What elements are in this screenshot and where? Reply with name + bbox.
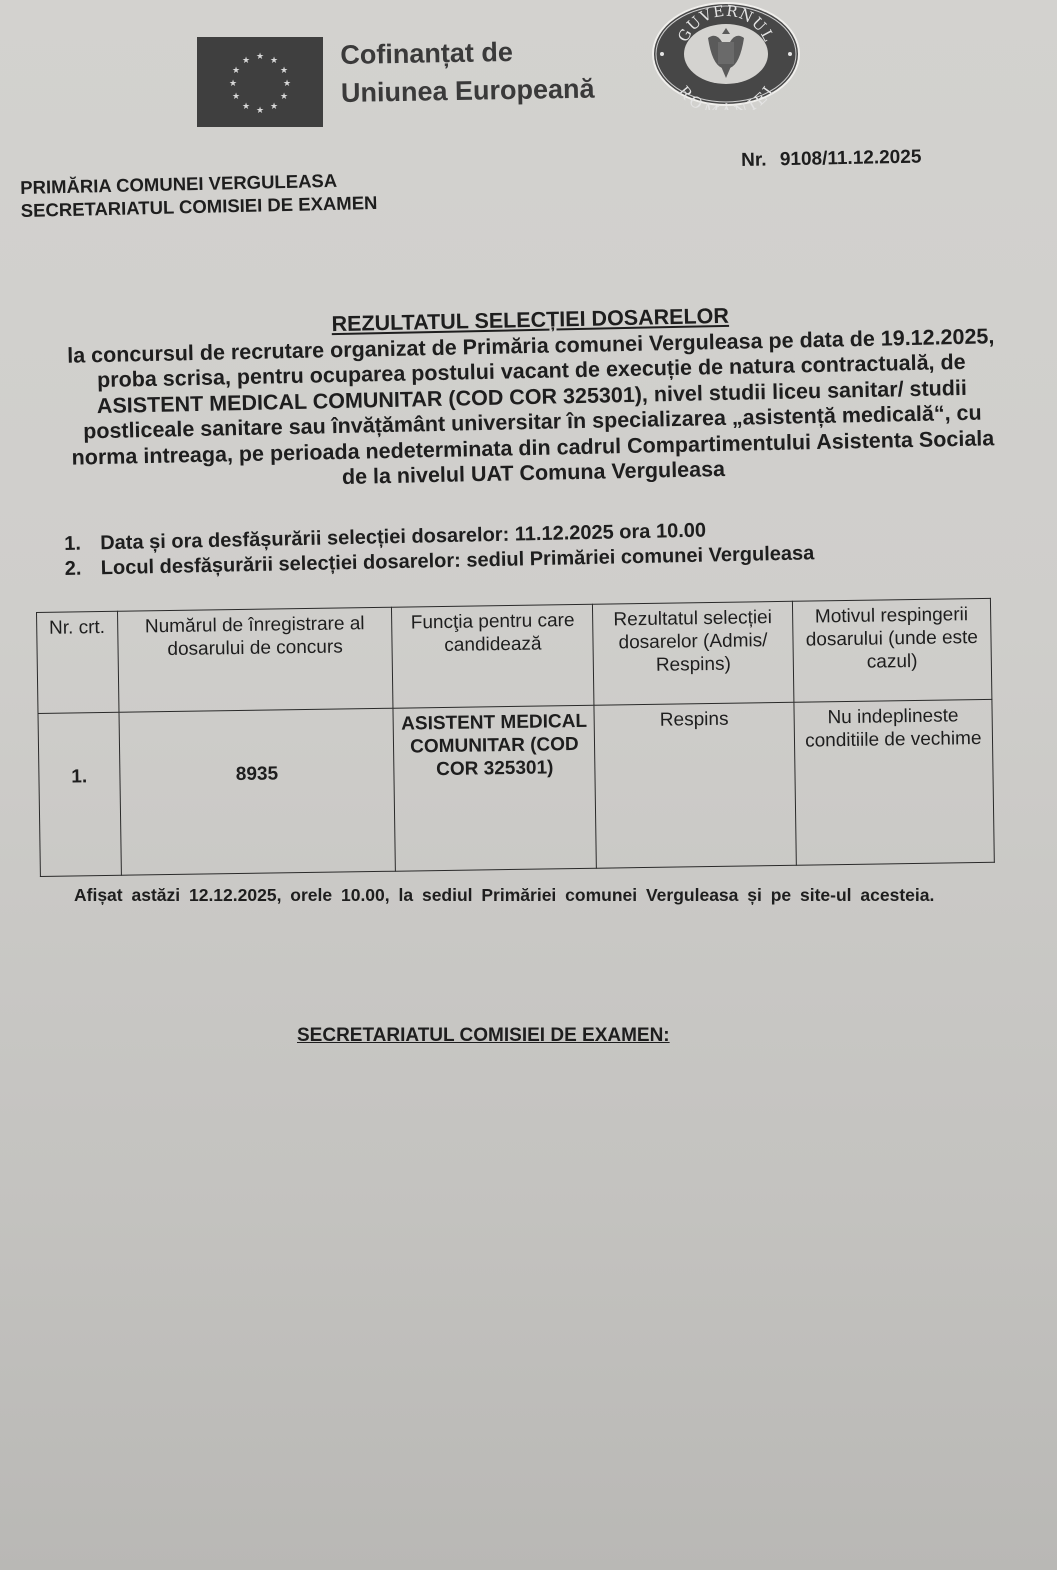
svg-text:★: ★ — [283, 79, 291, 89]
svg-text:★: ★ — [232, 66, 240, 76]
announcement-body: la concursul de recrutare organizat de P… — [61, 324, 1004, 497]
svg-text:★: ★ — [232, 92, 240, 102]
header-registration-number: Numărul de înregistrare al dosarului de … — [117, 607, 393, 712]
selection-details-list: 1.Data și ora desfășurării selecției dos… — [64, 513, 965, 582]
svg-text:★: ★ — [280, 66, 288, 76]
document-page: ★★★ ★★★ ★★★ ★★★ Cofinanțat de Uniunea Eu… — [0, 0, 1057, 1570]
document-number: Nr. 9108/11.12.2025 — [741, 147, 922, 172]
svg-text:★: ★ — [256, 52, 264, 62]
svg-text:★: ★ — [242, 56, 250, 66]
svg-text:★: ★ — [280, 92, 288, 102]
eu-stars-icon: ★★★ ★★★ ★★★ ★★★ — [197, 37, 323, 127]
cell-registration-number: 8935 — [119, 708, 396, 875]
cell-nr: 1. — [38, 712, 121, 876]
announcement-title-block: REZULTATUL SELECȚIEI DOSARELOR la concur… — [60, 298, 1004, 496]
cell-rejection-reason: Nu indeplineste conditiile de vechime — [794, 699, 995, 865]
cofinance-label: Cofinanțat de Uniunea Europeană — [340, 32, 595, 112]
table-row: 1. 8935 ASISTENT MEDICAL COMUNITAR (COD … — [38, 699, 994, 876]
government-seal-icon: GUVERNUL ROMÂNIEI — [650, 2, 802, 110]
eu-flag-icon: ★★★ ★★★ ★★★ ★★★ — [197, 37, 323, 127]
posting-notice: Afișat astăzi 12.12.2025, orele 10.00, l… — [48, 880, 993, 910]
signature-heading: SECRETARIATUL COMISIEI DE EXAMEN: — [297, 1025, 670, 1047]
svg-text:★: ★ — [229, 79, 237, 89]
header-rejection-reason: Motivul respingerii dosarului (unde este… — [792, 598, 992, 702]
cell-function: ASISTENT MEDICAL COMUNITAR (COD COR 3253… — [393, 705, 596, 871]
results-table: Nr. crt. Numărul de înregistrare al dosa… — [36, 598, 995, 877]
header-nr: Nr. crt. — [37, 611, 119, 713]
svg-text:★: ★ — [242, 102, 250, 112]
institution-name: PRIMĂRIA COMUNEI VERGULEASA SECRETARIATU… — [20, 168, 378, 222]
cell-result: Respins — [594, 702, 796, 868]
svg-text:★: ★ — [270, 56, 278, 66]
svg-text:★: ★ — [256, 106, 264, 116]
table-header-row: Nr. crt. Numărul de înregistrare al dosa… — [37, 598, 992, 713]
svg-text:★: ★ — [270, 102, 278, 112]
header-function: Funcţia pentru care candidează — [392, 604, 594, 708]
header-result: Rezultatul selecției dosarelor (Admis/ R… — [593, 601, 794, 705]
